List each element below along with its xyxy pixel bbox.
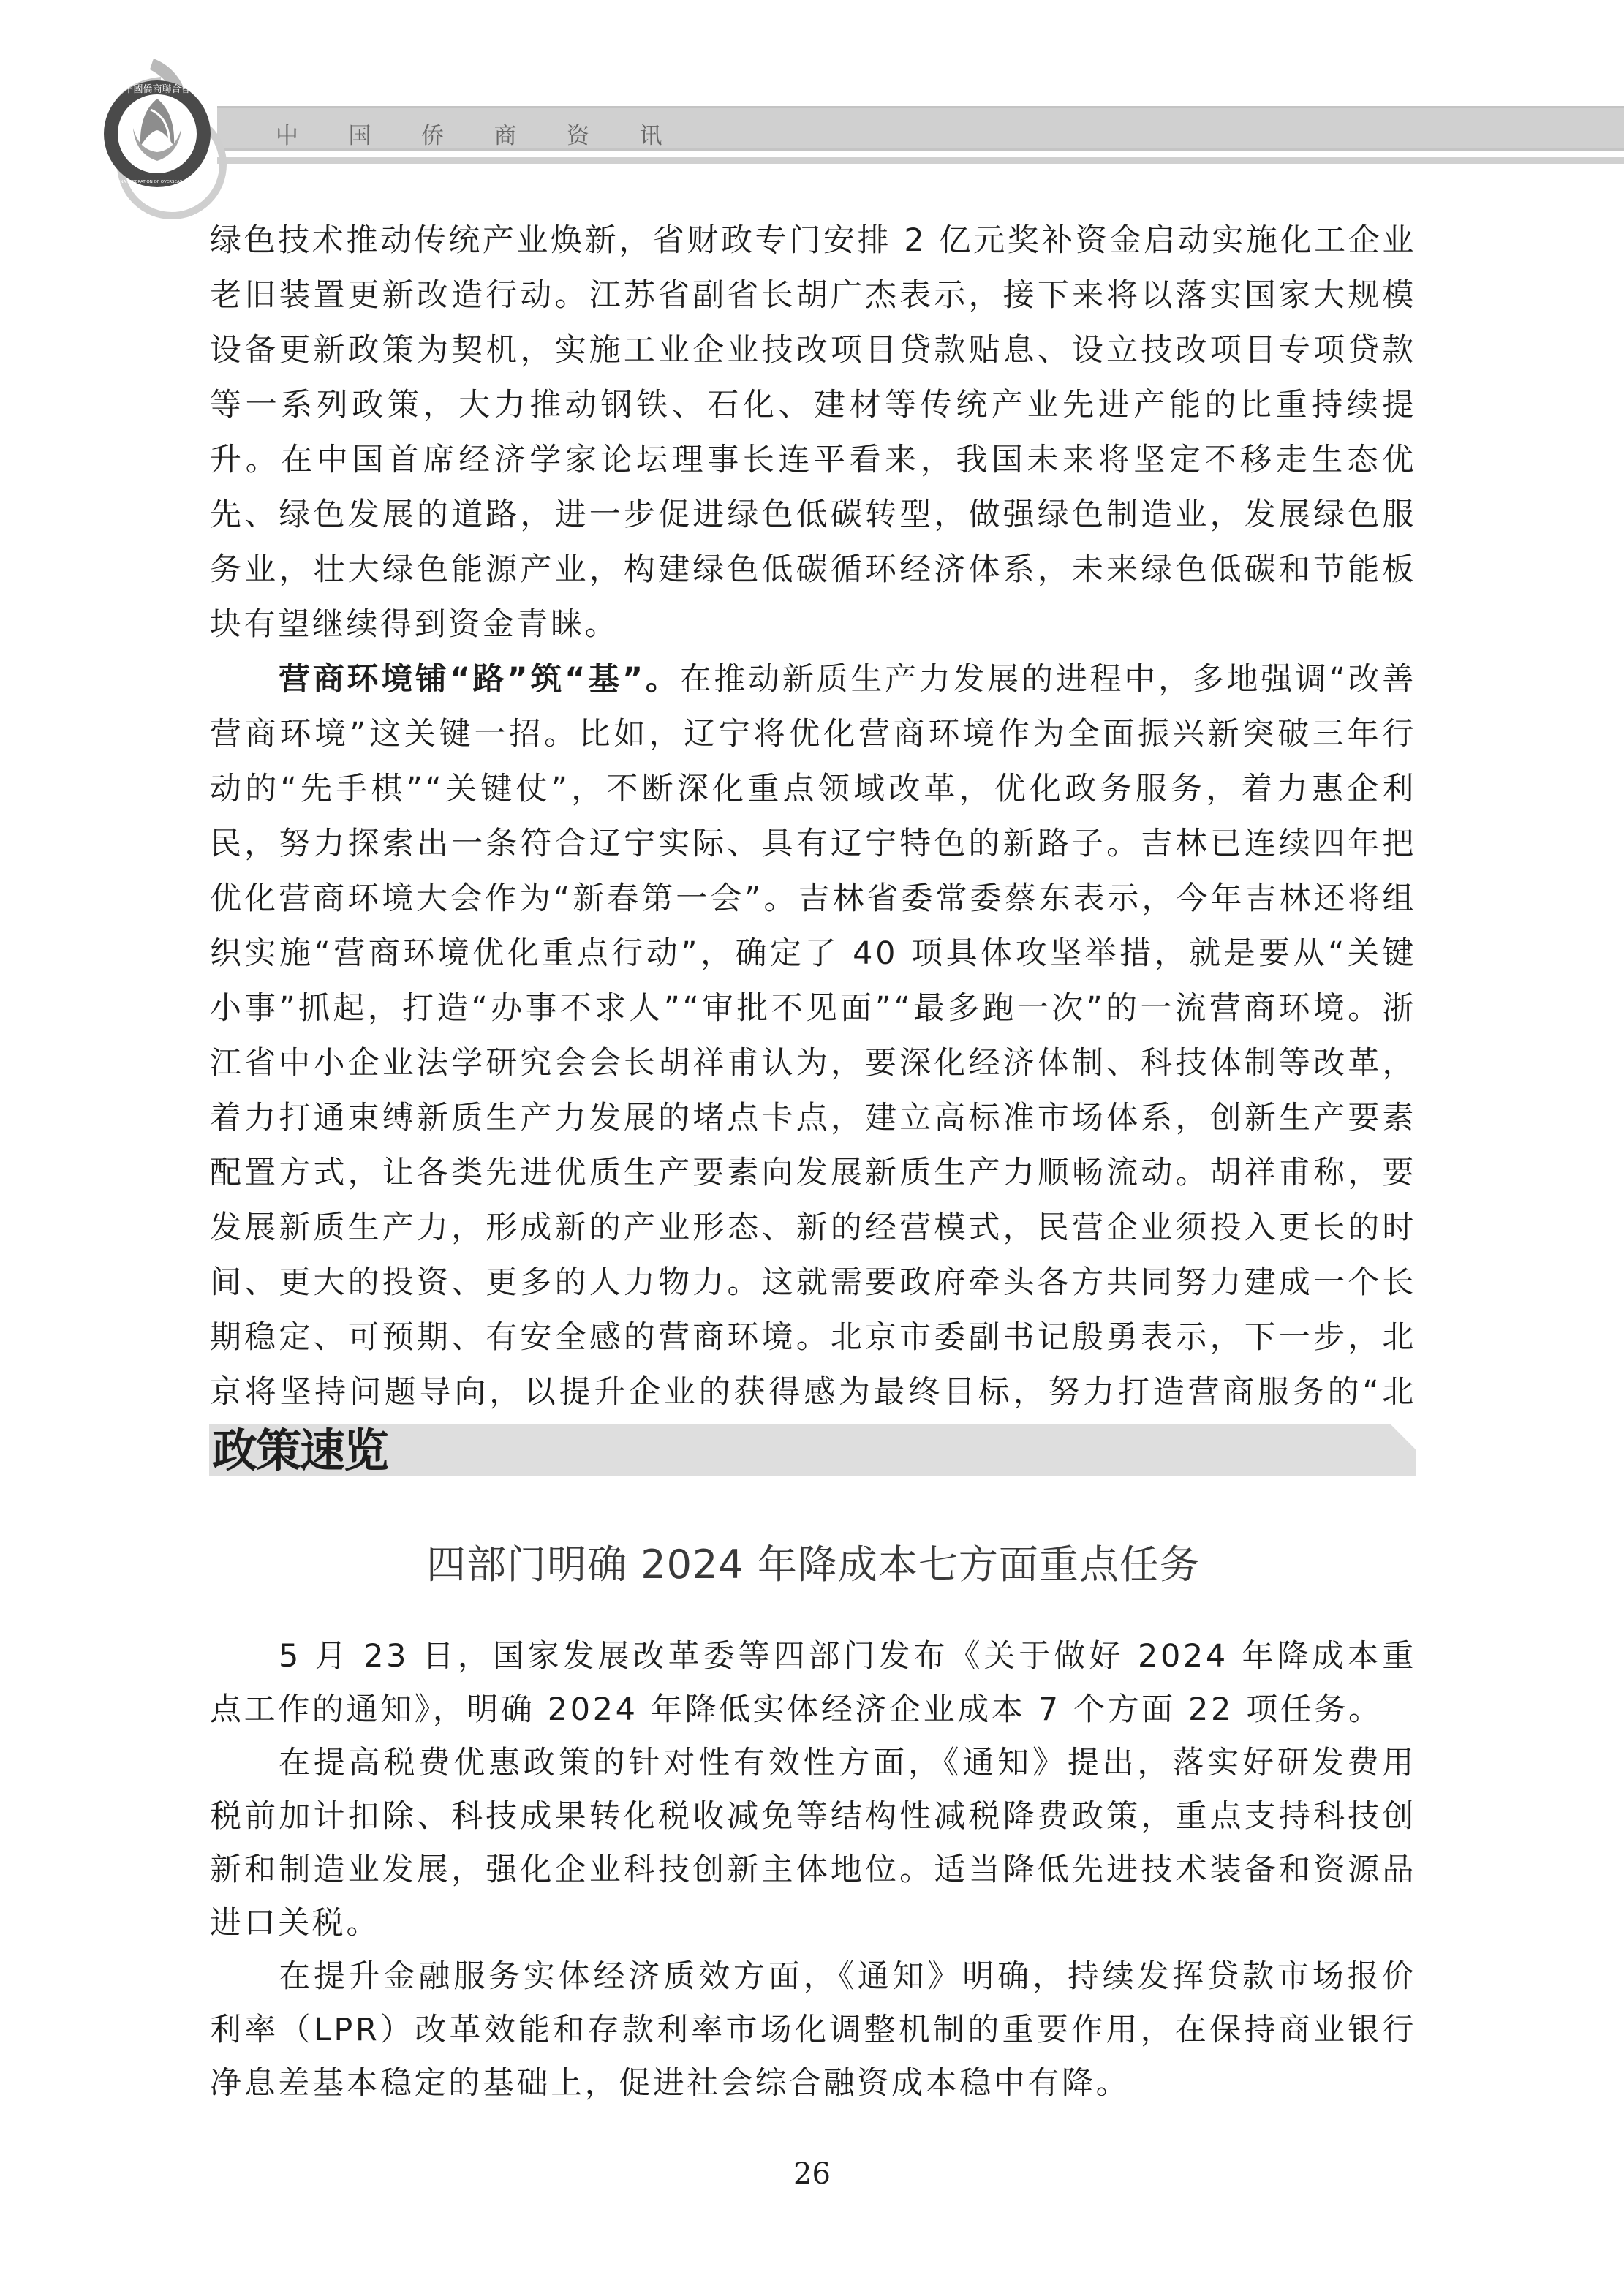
section-title: 政策速览 — [212, 1426, 388, 1476]
article1-paragraph-2: 营商环境铺“路”筑“基”。在推动新质生产力发展的进程中，多地强调“改善营商环境”… — [210, 652, 1416, 1475]
header-rule — [217, 157, 1624, 164]
publication-title-char: 国 — [349, 117, 422, 152]
article2-body: 5 月 23 日，国家发展改革委等四部门发布《关于做好 2024 年降成本重点工… — [210, 1630, 1416, 2110]
article2-paragraph-2: 在提高税费优惠政策的针对性有效性方面，《通知》提出，落实好研发费用税前加计扣除、… — [210, 1737, 1416, 1950]
paragraph-lead-heading: 营商环境铺“路”筑“基”。 — [279, 661, 680, 698]
article2-paragraph-1: 5 月 23 日，国家发展改革委等四部门发布《关于做好 2024 年降成本重点工… — [210, 1630, 1416, 1737]
article1-paragraph-1: 绿色技术推动传统产业焕新，省财政专门安排 2 亿元奖补资金启动实施化工企业老旧装… — [210, 214, 1416, 652]
section-heading-band — [209, 1424, 1416, 1476]
publication-title-char: 商 — [494, 117, 567, 152]
svg-text:中國僑商聯合會: 中國僑商聯合會 — [124, 83, 190, 95]
publication-title-char: 侨 — [421, 117, 494, 152]
article2-paragraph-3: 在提升金融服务实体经济质效方面，《通知》明确，持续发挥贷款市场报价利率（LPR）… — [210, 1950, 1416, 2110]
publication-title-char: 资 — [567, 117, 640, 152]
publication-title-char: 讯 — [640, 117, 713, 152]
paragraph-text: 在推动新质生产力发展的进程中，多地强调“改善营商环境”这关键一招。比如，辽宁将优… — [210, 661, 1416, 1465]
svg-text:CHINA FEDERATION OF OVERSEAS C: CHINA FEDERATION OF OVERSEAS CHINESE — [113, 180, 202, 184]
federation-logo-icon: 中國僑商聯合會 CHINA FEDERATION OF OVERSEAS CHI… — [80, 44, 249, 227]
publication-title: 中 国 侨 商 资 讯 — [276, 117, 712, 152]
article-title: 四部门明确 2024 年降成本七方面重点任务 — [210, 1536, 1416, 1594]
page-number: 26 — [0, 2157, 1624, 2191]
publication-title-char: 中 — [276, 117, 349, 152]
article1-body: 绿色技术推动传统产业焕新，省财政专门安排 2 亿元奖补资金启动实施化工企业老旧装… — [210, 214, 1416, 1475]
